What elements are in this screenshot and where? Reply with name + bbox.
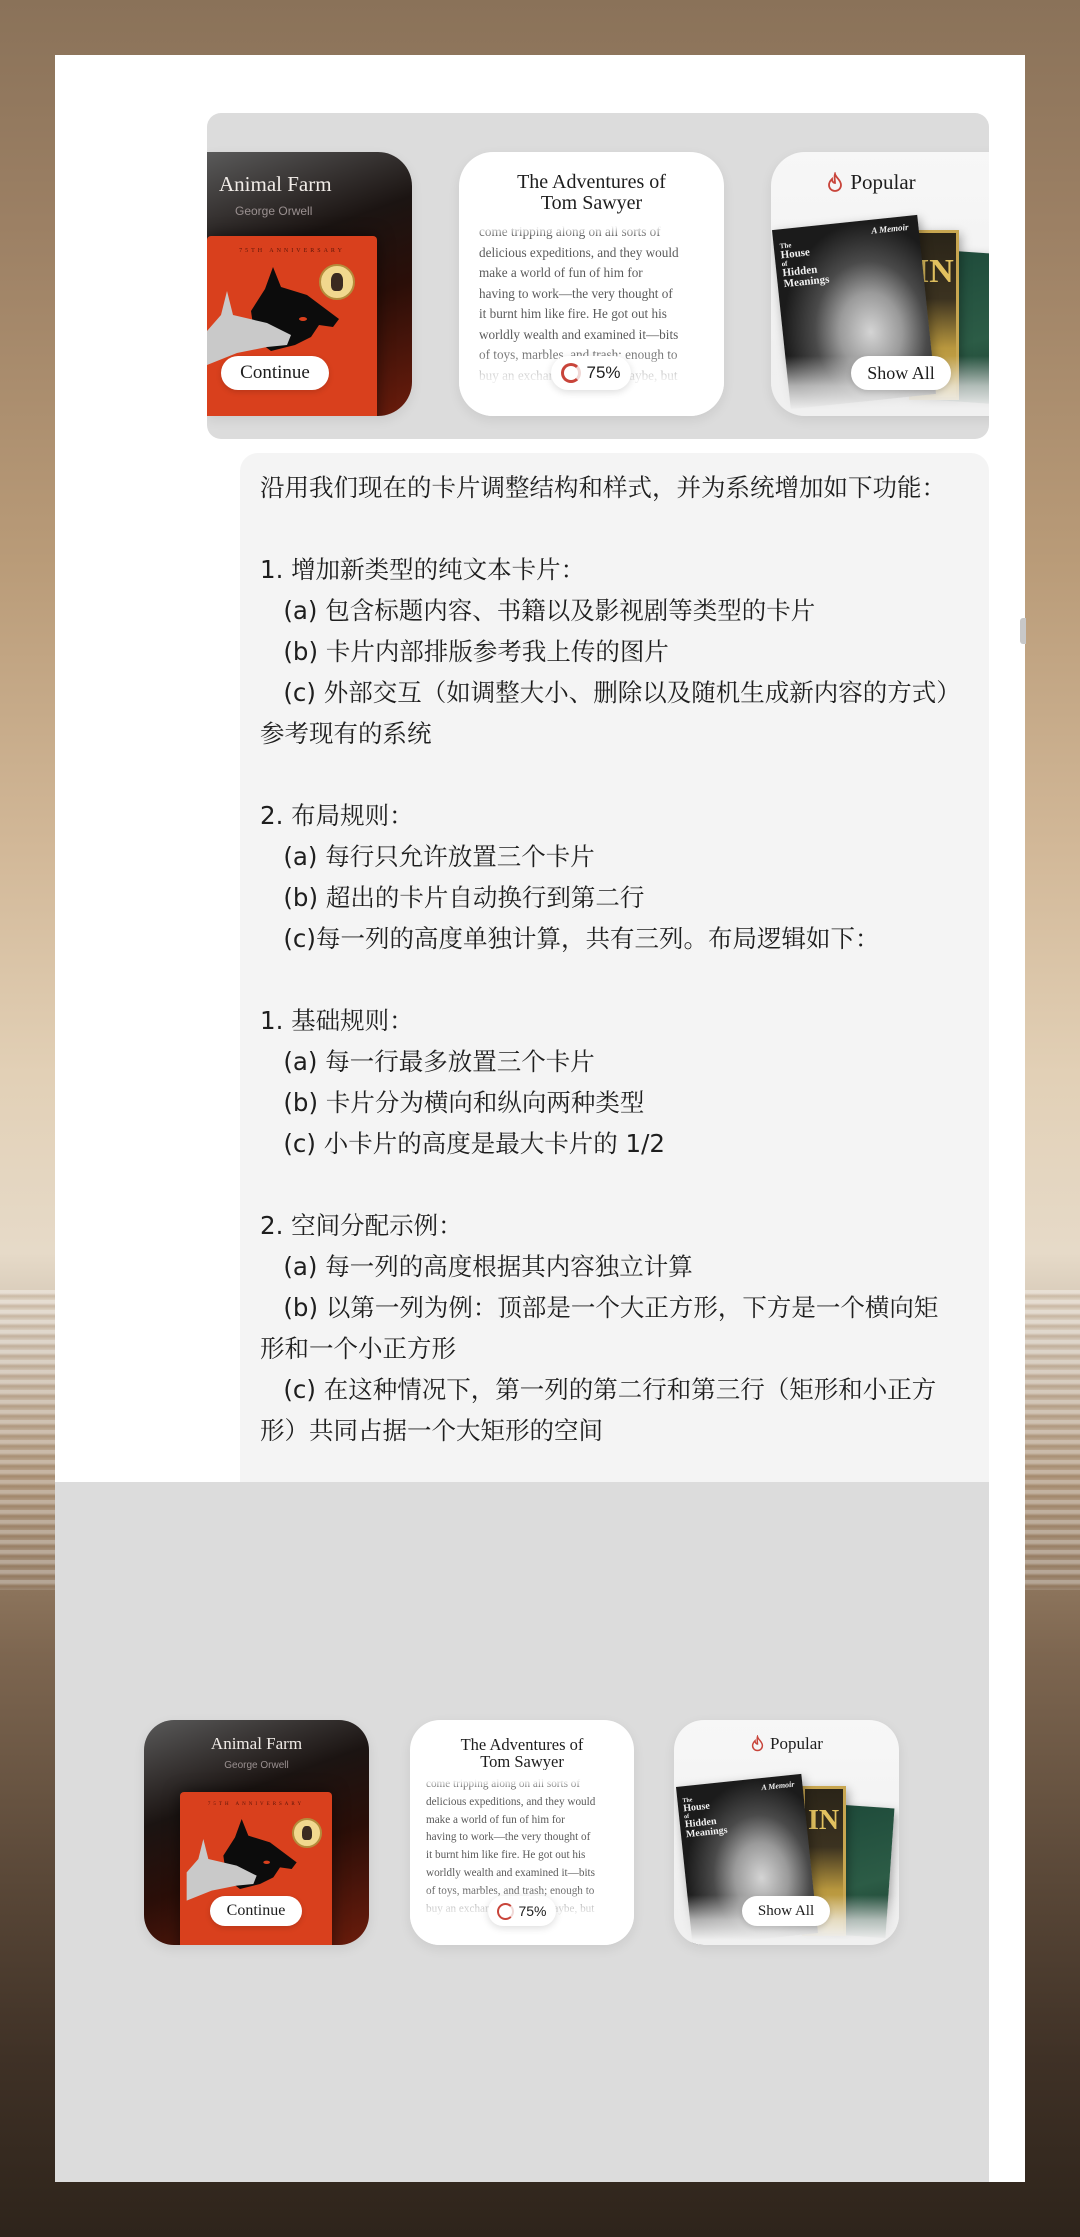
book-title-line-2: Tom Sawyer <box>410 1753 634 1770</box>
book-title-line-1: The Adventures of <box>410 1736 634 1753</box>
anniversary-badge <box>292 1818 322 1848</box>
book-author: George Orwell <box>144 1760 369 1771</box>
book-title: Animal Farm <box>144 1734 369 1754</box>
message-line: 形和一个小正方形 <box>260 1328 980 1369</box>
continue-button[interactable]: Continue <box>221 356 329 390</box>
book-author: George Orwell <box>235 204 312 218</box>
message-line: (b) 超出的卡片自动换行到第二行 <box>260 877 980 918</box>
book-subtitle: A Memoir <box>761 1780 795 1792</box>
message-line: (b) 卡片内部排版参考我上传的图片 <box>260 631 980 672</box>
excerpt-line: worldly wealth and examined it—bits <box>426 1865 622 1883</box>
message-line: (a) 每一行最多放置三个卡片 <box>260 1041 980 1082</box>
book-card-tom-sawyer[interactable]: The Adventures of Tom Sawyer come trippi… <box>410 1720 634 1945</box>
excerpt-line: delicious expeditions, and they would <box>426 1794 622 1812</box>
book-title: Animal Farm <box>219 172 332 197</box>
progress-ring-icon <box>497 1903 514 1920</box>
message-line: (a) 每行只允许放置三个卡片 <box>260 836 980 877</box>
attached-image-card-row[interactable]: Animal Farm George Orwell 75TH ANNIVERSA… <box>55 1482 989 2182</box>
book-card-tom-sawyer[interactable]: The Adventures of Tom Sawyer come trippi… <box>459 152 724 416</box>
book-cover-title: The House of Hidden Meanings <box>779 239 830 291</box>
message-line <box>260 754 980 795</box>
message-line <box>260 508 980 549</box>
popular-label: Popular <box>850 170 915 195</box>
message-line: (c) 外部交互（如调整大小、删除以及随机生成新内容的方式） <box>260 672 980 713</box>
message-line: (c) 小卡片的高度是最大卡片的 1/2 <box>260 1123 980 1164</box>
message-line: 沿用我们现在的卡片调整结构和样式，并为系统增加如下功能： <box>260 467 980 508</box>
popular-header: Popular <box>674 1734 899 1754</box>
progress-ring-icon <box>561 363 581 383</box>
progress-percent: 75% <box>586 363 620 383</box>
excerpt-line: make a world of fun of him for <box>479 263 707 284</box>
message-line: (a) 每一列的高度根据其内容独立计算 <box>260 1246 980 1287</box>
message-line: 1. 增加新类型的纯文本卡片： <box>260 549 980 590</box>
cover-line: Meanings <box>783 274 830 290</box>
message-line <box>260 1164 980 1205</box>
message-line: 2. 布局规则： <box>260 795 980 836</box>
popular-books-card[interactable]: Popular IN A Memoir The House of Hidden … <box>771 152 989 416</box>
book-cover-title: The House of Hidden Meanings <box>682 1794 728 1840</box>
book-subtitle: A Memoir <box>871 222 909 236</box>
message-line: (b) 卡片分为横向和纵向两种类型 <box>260 1082 980 1123</box>
anniversary-badge <box>319 264 355 300</box>
book-title: The Adventures of Tom Sawyer <box>459 172 724 214</box>
excerpt-line: having to work—the very thought of <box>479 284 707 305</box>
excerpt-line: worldly wealth and examined it—bits <box>479 325 707 346</box>
excerpt-line: having to work—the very thought of <box>426 1829 622 1847</box>
excerpt-fade-top <box>410 1770 634 1788</box>
message-line: (c)每一列的高度单独计算，共有三列。布局逻辑如下： <box>260 918 980 959</box>
user-message-bubble: 沿用我们现在的卡片调整结构和样式，并为系统增加如下功能： 1. 增加新类型的纯文… <box>240 453 989 1482</box>
scrollbar-handle[interactable] <box>1020 618 1026 644</box>
book-title-line-1: The Adventures of <box>459 172 724 193</box>
chat-panel: Animal Farm George Orwell 75TH ANNIVERSA… <box>55 55 1025 2182</box>
message-text: 沿用我们现在的卡片调整结构和样式，并为系统增加如下功能： 1. 增加新类型的纯文… <box>260 467 980 1451</box>
message-line: 参考现有的系统 <box>260 713 980 754</box>
message-line: 2. 空间分配示例： <box>260 1205 980 1246</box>
message-line: (a) 包含标题内容、书籍以及影视剧等类型的卡片 <box>260 590 980 631</box>
excerpt-fade-top <box>459 214 724 236</box>
popular-books-card[interactable]: Popular IN A Memoir The House of Hidden … <box>674 1720 899 1945</box>
book-title: The Adventures of Tom Sawyer <box>410 1736 634 1771</box>
attached-image-card-preview[interactable]: Animal Farm George Orwell 75TH ANNIVERSA… <box>207 113 989 439</box>
excerpt-line: it burnt him like fire. He got out his <box>479 304 707 325</box>
book-cover-text: IN <box>808 1805 839 1837</box>
progress-percent: 75% <box>518 1903 546 1919</box>
excerpt-line: make a world of fun of him for <box>426 1812 622 1830</box>
cover-caption: 75TH ANNIVERSARY <box>207 248 377 254</box>
flame-icon <box>750 1735 765 1753</box>
book-card-animal-farm[interactable]: Animal Farm George Orwell 75TH ANNIVERSA… <box>207 152 412 416</box>
show-all-button[interactable]: Show All <box>851 356 951 390</box>
excerpt-line: delicious expeditions, and they would <box>479 243 707 264</box>
reading-progress-badge: 75% <box>488 1896 556 1926</box>
cover-caption: 75TH ANNIVERSARY <box>180 1802 332 1807</box>
cover-line: Meanings <box>686 1826 728 1840</box>
book-card-animal-farm[interactable]: Animal Farm George Orwell 75TH ANNIVERSA… <box>144 1720 369 1945</box>
show-all-button[interactable]: Show All <box>742 1896 830 1926</box>
message-line: (b) 以第一列为例：顶部是一个大正方形，下方是一个横向矩 <box>260 1287 980 1328</box>
continue-button[interactable]: Continue <box>210 1896 302 1926</box>
message-line: (c) 在这种情况下，第一列的第二行和第三行（矩形和小正方 <box>260 1369 980 1410</box>
message-line: 1. 基础规则： <box>260 1000 980 1041</box>
popular-label: Popular <box>770 1734 823 1754</box>
message-line: 形）共同占据一个大矩形的空间 <box>260 1410 980 1451</box>
message-line <box>260 959 980 1000</box>
book-title-line-2: Tom Sawyer <box>459 193 724 214</box>
flame-icon <box>826 172 844 194</box>
excerpt-line: it burnt him like fire. He got out his <box>426 1847 622 1865</box>
reading-progress-badge: 75% <box>551 356 631 390</box>
popular-header: Popular <box>781 170 961 195</box>
